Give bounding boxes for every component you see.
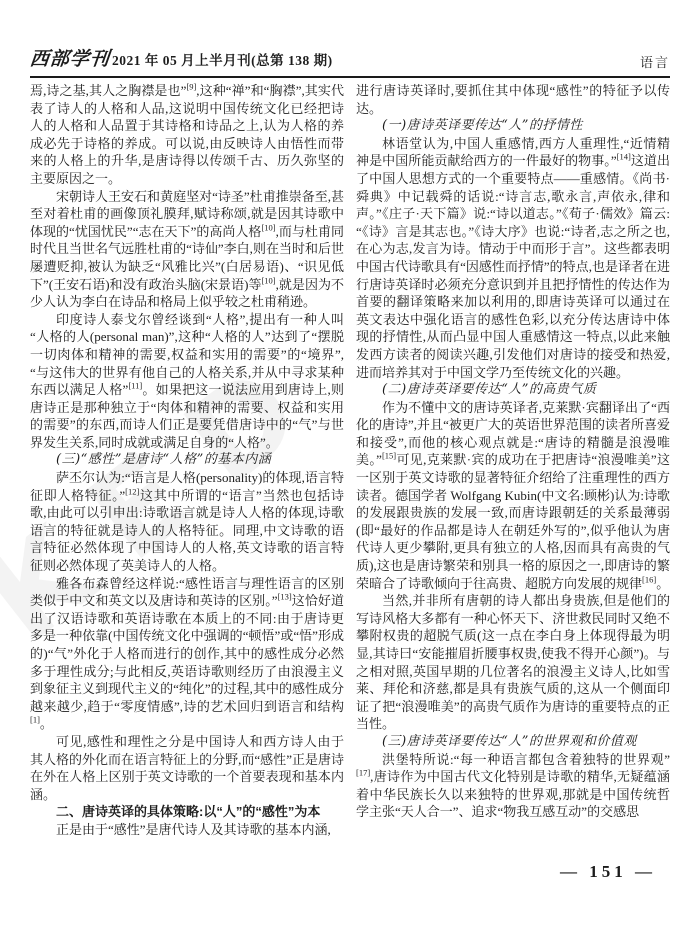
paragraph: 洪堡特所说:“每一种语言都包含着独特的世界观”[17],唐诗作为中国古代文化特别… [356, 751, 670, 821]
reference-marker: [17] [356, 768, 370, 778]
journal-page: KED 西部学刊 2021 年 05 月上半月刊(总第 138 期) 语言 焉,… [0, 0, 700, 943]
subsection-heading: (二)唐诗英译要传达“人”的高贵气质 [356, 381, 670, 399]
paragraph: 可见,感性和理性之分是中国诗人和西方诗人由于其人格的外化而在语言特征上的分野,而… [30, 733, 344, 803]
page-header: 西部学刊 2021 年 05 月上半月刊(总第 138 期) 语言 [30, 44, 670, 78]
paragraph: 雅各布森曾经这样说:“感性语言与理性语言的区别类似于中文和英文以及唐诗和英诗的区… [30, 575, 344, 733]
right-column: 进行唐诗英译时,要抓住其中体现“感性”的特征予以传达。(一)唐诗英译要传达“人”… [356, 82, 670, 839]
article-body: 焉,诗之基,其人之胸襟是也”[9],这种“禅”和“胸襟”,其实代表了诗人的人格和… [30, 82, 670, 839]
reference-marker: [15] [382, 451, 396, 461]
reference-marker: [11] [128, 381, 142, 391]
reference-marker: [13] [278, 592, 292, 602]
journal-logo: 西部学刊 [29, 44, 112, 71]
paragraph: 正是由于“感性”是唐代诗人及其诗歌的基本内涵, [30, 821, 344, 839]
paragraph: 萨丕尔认为:“语言是人格(personality)的体现,语言特征即人格特征。”… [30, 469, 344, 575]
reference-marker: [16] [642, 574, 656, 584]
reference-marker: [10] [261, 222, 275, 232]
reference-marker: [12] [125, 486, 139, 496]
column-category-label: 语言 [640, 52, 670, 71]
left-column: 焉,诗之基,其人之胸襟是也”[9],这种“禅”和“胸襟”,其实代表了诗人的人格和… [30, 82, 344, 839]
paragraph: 当然,并非所有唐朝的诗人都出身贵族,但是他们的写诗风格大多都有一种心怀天下、济世… [356, 592, 670, 733]
section-heading: 二、唐诗英译的具体策略:以“人”的“感性”为本 [30, 803, 344, 821]
reference-marker: [1] [30, 715, 40, 725]
reference-marker: [9] [186, 82, 196, 92]
paragraph: 焉,诗之基,其人之胸襟是也”[9],这种“禅”和“胸襟”,其实代表了诗人的人格和… [30, 82, 344, 188]
paragraph: 林语堂认为,中国人重感情,西方人重理性,“近情精神是中国所能贡献给西方的一件最好… [356, 135, 670, 381]
paragraph: 作为不懂中文的唐诗英译者,克莱默·宾翻译出了“西化的唐诗”,并且“被更广大的英语… [356, 399, 670, 593]
page-number: — 151 — [560, 862, 656, 882]
paragraph: 进行唐诗英译时,要抓住其中体现“感性”的特征予以传达。 [356, 82, 670, 117]
reference-marker: [10] [261, 275, 275, 285]
paragraph: 印度诗人泰戈尔曾经谈到“人格”,提出有一种人叫“人格的人(personal ma… [30, 311, 344, 452]
issue-info: 2021 年 05 月上半月刊(总第 138 期) [112, 49, 333, 69]
header-left: 西部学刊 2021 年 05 月上半月刊(总第 138 期) [30, 44, 333, 71]
subsection-heading: (一)唐诗英译要传达“人”的抒情性 [356, 117, 670, 135]
reference-marker: [14] [617, 152, 631, 162]
subsection-heading: (三)唐诗英译要传达“人”的世界观和价值观 [356, 733, 670, 751]
paragraph: 宋朝诗人王安石和黄庭坚对“诗圣”杜甫推崇备至,甚至对着杜甫的画像顶礼膜拜,赋诗称… [30, 188, 344, 311]
subsection-heading: (三)“感性”是唐诗“人格”的基本内涵 [30, 451, 344, 469]
